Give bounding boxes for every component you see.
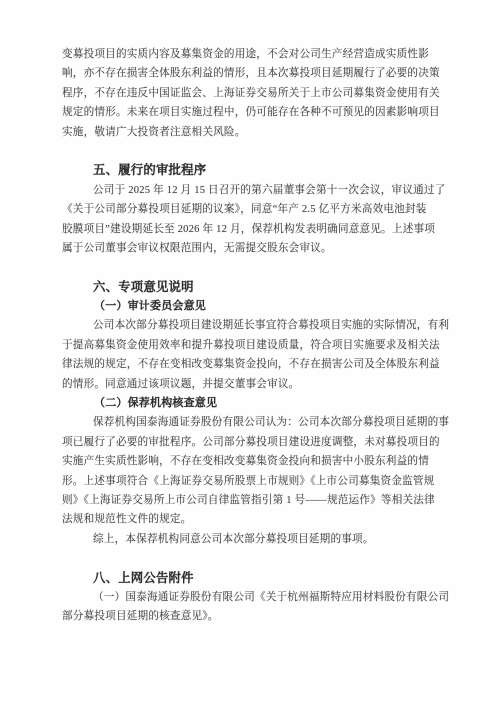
paragraph-first-line: 公司本次部分募投项目建设期延长事宜符合募投项目实施的实际情况，有利 [62,316,434,335]
paragraph-line: 法规和规范性文件的规定。 [62,510,434,529]
paragraph-line: 于提高募集资金使用效率和提升募投项目建设质量，符合项目实施要求及相关法 [62,336,434,355]
announcement-document-page: 变募投项目的实质内容及募集资金的用途，不会对公司生产经营造成实质性影响，亦不存在… [0,0,500,707]
paragraph-line: 形。上述事项符合《上海证券交易所股票上市规则》《上市公司募集资金监管规 [62,472,434,491]
paragraph-line: 变募投项目的实质内容及募集资金的用途，不会对公司生产经营造成实质性影 [62,45,434,64]
paragraph-line: 响，亦不存在损害全体股东利益的情形，且本次募投项目延期履行了必要的决策 [62,64,434,83]
paragraph-line: 程序，不存在违反中国证监会、上海证券交易所关于上市公司募集资金使用有关 [62,84,434,103]
spacer-line [62,549,434,568]
paragraph-first-line: 保荐机构国泰海通证券股份有限公司认为：公司本次部分募投项目延期的事 [62,413,434,432]
paragraph-line: 项已履行了必要的审批程序。公司部分募投项目建设进度调整，未对募投项目的 [62,433,434,452]
sub-section-heading: （一）审计委员会意见 [62,297,434,316]
paragraph-first-line: 公司于 2025 年 12 月 15 日召开的第六届董事会第十一次会议，审议通过… [62,181,434,200]
document-text-body: 变募投项目的实质内容及募集资金的用途，不会对公司生产经营造成实质性影响，亦不存在… [62,45,434,627]
paragraph-line: 属于公司董事会审议权限范围内，无需提交股东会审议。 [62,239,434,258]
spacer-line [62,142,434,161]
paragraph-first-line: 综上，本保荐机构同意公司本次部分募投项目延期的事项。 [62,530,434,549]
section-heading: 六、专项意见说明 [62,278,434,297]
paragraph-first-line: （一）国泰海通证券股份有限公司《关于杭州福斯特应用材料股份有限公司 [62,588,434,607]
paragraph-line: 则》《上海证券交易所上市公司自律监管指引第 1 号——规范运作》等相关法律 [62,491,434,510]
section-heading: 八、上网公告附件 [62,569,434,588]
paragraph-line: 实施产生实质性影响，不存在变相改变募集资金投向和损害中小股东利益的情 [62,452,434,471]
paragraph-line: 实施，敬请广大投资者注意相关风险。 [62,123,434,142]
paragraph-line: 律法规的规定，不存在变相改变募集资金投向，不存在损害公司及全体股东利益 [62,355,434,374]
sub-section-heading: （二）保荐机构核查意见 [62,394,434,413]
section-heading: 五、履行的审批程序 [62,161,434,180]
paragraph-line: 部分募投项目延期的核查意见》。 [62,607,434,626]
paragraph-line: 胶膜项目”建设期延长至 2026 年 12 月，保荐机构发表明确同意意见。上述事… [62,220,434,239]
paragraph-line: 的情形。同意通过该项议题，并提交董事会审议。 [62,375,434,394]
paragraph-line: 规定的情形。未来在项目实施过程中，仍可能存在各种不可预见的因素影响项目 [62,103,434,122]
paragraph-line: 《关于公司部分募投项目延期的议案》，同意“年产 2.5 亿平方米高效电池封装 [62,200,434,219]
spacer-line [62,258,434,277]
